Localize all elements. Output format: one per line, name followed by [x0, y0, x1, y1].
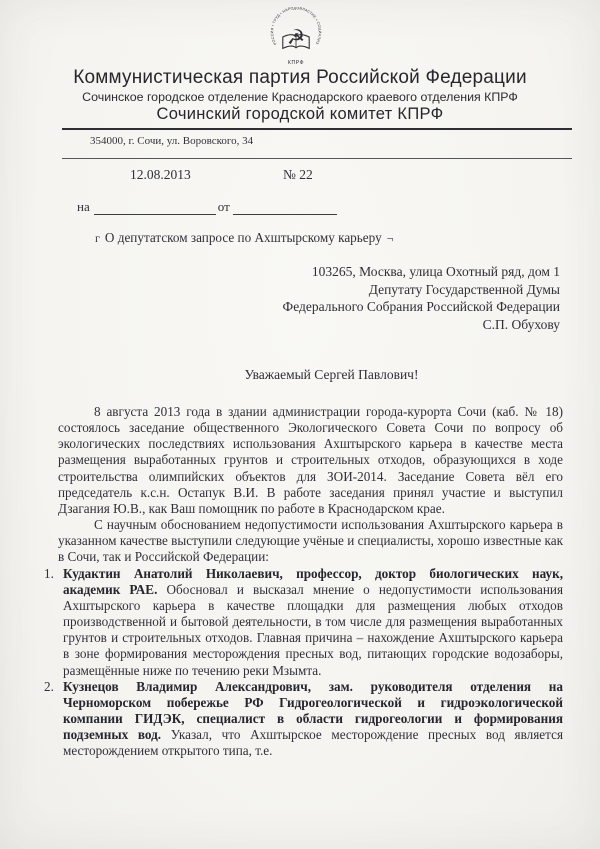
experts-list: 1.Кудактин Анатолий Николаевич, профессо… — [58, 566, 563, 760]
recipient-position-line1: Депутату Государственной Думы — [130, 281, 560, 299]
letterhead-rule-top — [62, 128, 572, 130]
subject-corner-right: ¬ — [387, 231, 394, 245]
subject-corner-left: г — [95, 231, 100, 245]
kprf-emblem-graphic: • РОССИЯ • ТРУД • НАРОДОВЛАСТИЕ • СОЦИАЛ… — [266, 7, 326, 67]
expert-item-1: 1.Кудактин Анатолий Николаевич, профессо… — [58, 566, 563, 679]
reply-from-blank-field — [233, 200, 337, 215]
recipient-position-line2: Федерального Собрания Российской Федерац… — [130, 298, 560, 316]
recipient-block: 103265, Москва, улица Охотный ряд, дом 1… — [130, 263, 560, 333]
body-paragraph-2: С научным обоснованием недопустимости ис… — [58, 517, 563, 565]
party-committee: Сочинский городской комитет КПРФ — [0, 105, 600, 124]
party-division: Сочинское городское отделение Краснодарс… — [0, 90, 600, 104]
recipient-address: 103265, Москва, улица Охотный ряд, дом 1 — [130, 263, 560, 281]
reply-from-label: от — [218, 199, 230, 214]
document-number: № 22 — [283, 167, 313, 183]
expert-item-2: 2.Кузнецов Владимир Александрович, зам. … — [58, 679, 563, 760]
expert-2-number: 2. — [44, 679, 54, 695]
letterhead-address: 354000, г. Сочи, ул. Воровского, 34 — [90, 135, 253, 147]
document-date: 12.08.2013 — [130, 167, 191, 183]
subject-text: О депутатском запросе по Ахштырскому кар… — [105, 230, 382, 245]
salutation: Уважаемый Сергей Павлович! — [58, 367, 563, 383]
hammer-sickle-icon: ☭ — [287, 25, 305, 49]
scanned-letter-page: • РОССИЯ • ТРУД • НАРОДОВЛАСТИЕ • СОЦИАЛ… — [0, 0, 600, 849]
body-paragraph-1: 8 августа 2013 года в здании администрац… — [58, 404, 563, 517]
letter-body: 8 августа 2013 года в здании администрац… — [58, 404, 563, 759]
subject-line: гО депутатском запросе по Ахштырскому ка… — [95, 230, 393, 246]
expert-1-number: 1. — [44, 566, 54, 582]
party-name: Коммунистическая партия Российской Федер… — [0, 67, 600, 89]
reply-reference-line: наот — [77, 199, 337, 215]
reply-to-label: на — [77, 199, 90, 214]
letterhead-rule-bottom — [62, 158, 572, 159]
reply-to-blank-field — [94, 200, 216, 215]
recipient-name: С.П. Обухову — [130, 316, 560, 334]
kprf-emblem: • РОССИЯ • ТРУД • НАРОДОВЛАСТИЕ • СОЦИАЛ… — [266, 7, 326, 67]
emblem-acronym: КПРФ — [288, 60, 304, 66]
